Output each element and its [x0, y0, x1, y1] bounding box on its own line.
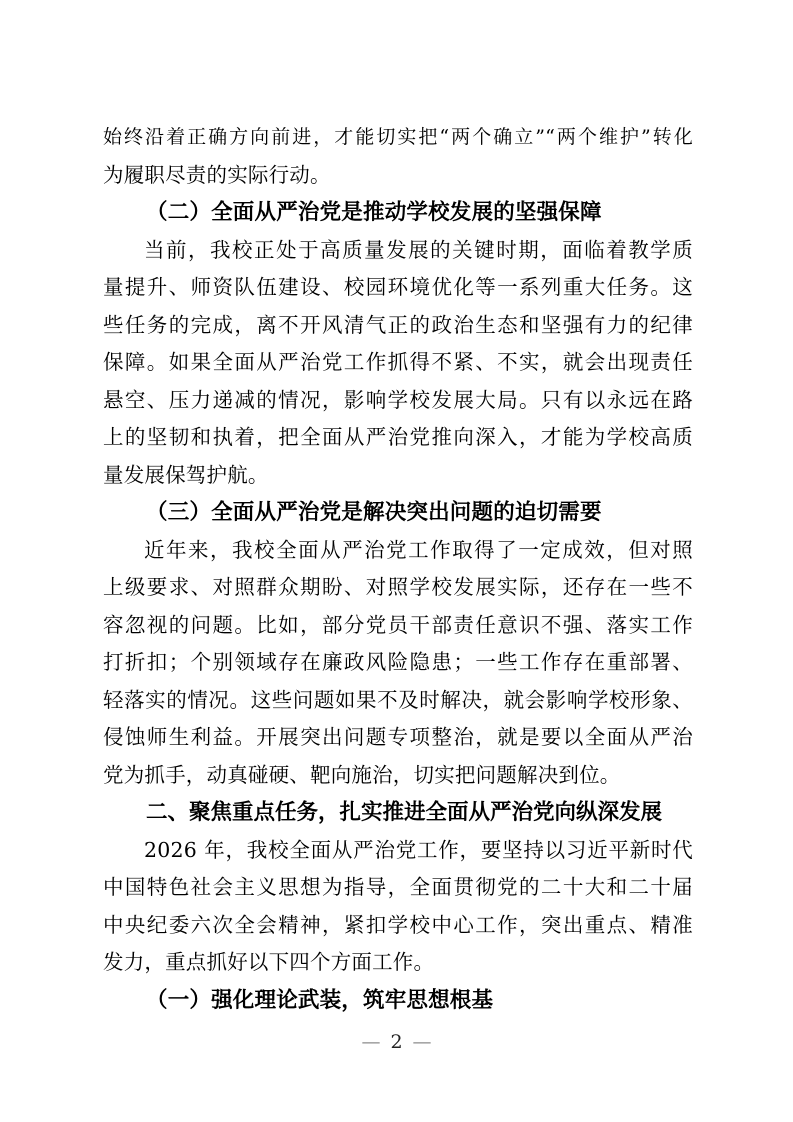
body-line: 党为抓手，动真碰硬、靶向施治，切实把问题解决到位。	[103, 757, 693, 795]
body-line: 中国特色社会主义思想为指导，全面贯彻党的二十大和二十届	[103, 869, 693, 907]
body-line: 当前，我校正处于高质量发展的关键时期，面临着教学质	[103, 232, 693, 270]
body-line: 为履职尽责的实际行动。	[103, 157, 693, 195]
body-line: 2026 年，我校全面从严治党工作，要坚持以习近平新时代	[103, 832, 693, 870]
body-line: 中央纪委六次全会精神，紧扣学校中心工作，突出重点、精准	[103, 907, 693, 945]
body-line: 上的坚韧和执着，把全面从严治党推向深入，才能为学校高质	[103, 419, 693, 457]
body-line: 始终沿着正确方向前进，才能切实把“两个确立”“两个维护”转化	[103, 119, 693, 157]
body-line: 些任务的完成，离不开风清气正的政治生态和坚强有力的纪律	[103, 307, 693, 345]
section-heading-2: 二、聚焦重点任务，扎实推进全面从严治党向纵深发展	[103, 794, 693, 832]
body-line: 保障。如果全面从严治党工作抓得不紧、不实，就会出现责任	[103, 344, 693, 382]
body-line: 容忽视的问题。比如，部分党员干部责任意识不强、落实工作	[103, 607, 693, 645]
body-line: 发力，重点抓好以下四个方面工作。	[103, 944, 693, 982]
body-line: 侵蚀师生利益。开展突出问题专项整治，就是要以全面从严治	[103, 719, 693, 757]
footer-dash-right: —	[403, 1031, 442, 1053]
body-line: 悬空、压力递减的情况，影响学校发展大局。只有以永远在路	[103, 382, 693, 420]
body-line: 轻落实的情况。这些问题如果不及时解决，就会影响学校形象、	[103, 682, 693, 720]
body-line: 量发展保驾护航。	[103, 457, 693, 495]
body-line: 打折扣；个别领域存在廉政风险隐患；一些工作存在重部署、	[103, 644, 693, 682]
page-footer: —2—	[0, 1031, 793, 1053]
subsection-heading-1: （一）强化理论武装，筑牢思想根基	[103, 982, 693, 1020]
subsection-heading-2: （二）全面从严治党是推动学校发展的坚强保障	[103, 194, 693, 232]
text-block: 始终沿着正确方向前进，才能切实把“两个确立”“两个维护”转化 为履职尽责的实际行…	[103, 119, 693, 1019]
document-page: 始终沿着正确方向前进，才能切实把“两个确立”“两个维护”转化 为履职尽责的实际行…	[0, 0, 793, 1122]
body-line: 量提升、师资队伍建设、校园环境优化等一系列重大任务。这	[103, 269, 693, 307]
footer-dash-left: —	[351, 1031, 390, 1053]
subsection-heading-3: （三）全面从严治党是解决突出问题的迫切需要	[103, 494, 693, 532]
body-line: 近年来，我校全面从严治党工作取得了一定成效，但对照	[103, 532, 693, 570]
body-line: 上级要求、对照群众期盼、对照学校发展实际，还存在一些不	[103, 569, 693, 607]
page-number: 2	[390, 1031, 402, 1053]
